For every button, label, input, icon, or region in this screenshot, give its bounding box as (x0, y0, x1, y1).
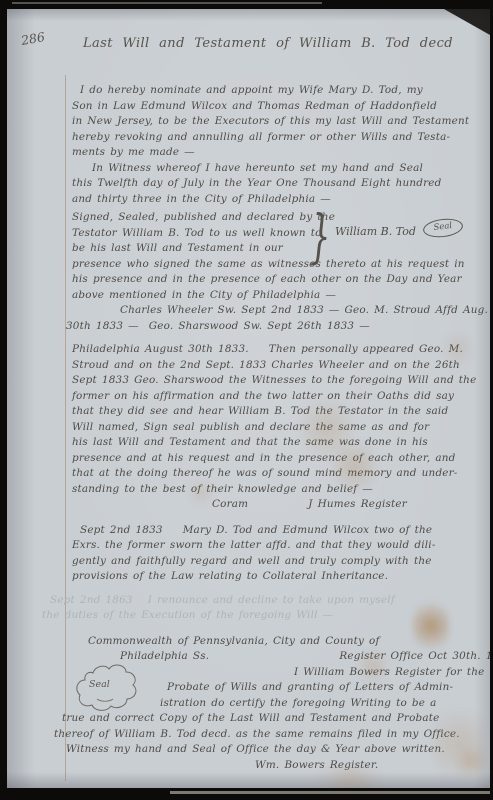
paragraph-witnesses: presence who signed the same as witnesse… (72, 257, 482, 335)
stain (332, 434, 377, 499)
handwritten-line: presence who signed the same as witnesse… (72, 257, 482, 273)
handwritten-line: in New Jersey, to be the Executors of th… (72, 114, 482, 130)
handwritten-line: be his last Will and Testament in our (72, 241, 482, 257)
handwritten-line: above mentioned in the City of Philadelp… (72, 288, 482, 304)
handwritten-line: istration do certify the foregoing Writi… (160, 696, 482, 712)
page-number: 286 (20, 29, 46, 48)
paragraph-appointment: I do hereby nominate and appoint my Wife… (72, 83, 482, 161)
handwritten-line: Charles Wheeler Sw. Sept 2nd 1833 — Geo.… (120, 303, 482, 319)
handwritten-line: ments by me made — (72, 145, 482, 161)
margin-rule (65, 75, 66, 781)
handwritten-line: his presence and in the presence of each… (72, 272, 482, 288)
paragraph-attestation-clause: Signed, Sealed, published and declared b… (72, 210, 482, 257)
stain (187, 477, 215, 509)
handwritten-line: former on his affirmation and the two la… (72, 389, 482, 405)
handwritten-line: Will named, Sign seal publish and declar… (72, 420, 482, 436)
attestation-brace: } (310, 207, 330, 265)
testator-signature: William B. Tod (335, 225, 416, 238)
handwritten-line: his last Will and Testament and that the… (72, 435, 482, 451)
handwritten-line: Witness my hand and Seal of Office the d… (66, 742, 482, 758)
handwritten-line: that at the doing thereof he was of soun… (72, 466, 482, 482)
document-title: Last Will and Testament of William B. To… (83, 36, 453, 51)
stain (357, 645, 389, 687)
handwritten-line: Signed, Sealed, published and declared b… (72, 210, 482, 226)
paragraph-probate-proof: Philadelphia August 30th 1833. Then pers… (72, 342, 482, 513)
scanned-document-photo: 286 Last Will and Testament of William B… (0, 0, 493, 800)
handwritten-line: Testator William B. Tod to us well known… (72, 226, 482, 242)
frame-top-streak (12, 2, 322, 4)
frame-bottom-stripe (170, 791, 490, 794)
handwritten-line: Exrs. the former sworn the latter affd. … (72, 538, 482, 554)
stain (412, 597, 450, 655)
ledger-page: 286 Last Will and Testament of William B… (7, 9, 490, 788)
handwritten-line: presence and at his request and in the p… (72, 451, 482, 467)
handwritten-line: gently and faithfully regard and well an… (72, 554, 482, 570)
handwritten-line: that they did see and hear William B. To… (72, 404, 482, 420)
paragraph-testimonium: In Witness whereof I have hereunto set m… (72, 161, 482, 208)
frame-bottom-band (0, 788, 493, 800)
handwritten-line: standing to the best of their knowledge … (72, 482, 482, 498)
seal-stamp-label: Seal (89, 679, 110, 690)
register-seal-stamp: Seal (75, 659, 139, 715)
handwritten-line: Sept 2nd 1833 Mary D. Tod and Edmund Wil… (80, 523, 482, 539)
stain (443, 327, 473, 371)
handwritten-line: hereby revoking and annulling all former… (72, 130, 482, 146)
stain (457, 742, 487, 782)
handwritten-line: 30th 1833 — Geo. Sharswood Sw. Sept 26th… (66, 319, 482, 335)
handwritten-line: this Twelfth day of July in the Year One… (72, 176, 482, 192)
handwritten-line: Coram J Humes Register (212, 497, 482, 513)
frame-left-band (0, 0, 7, 800)
handwritten-line: Philadelphia August 30th 1833. Then pers… (72, 342, 482, 358)
handwritten-line: In Witness whereof I have hereunto set m… (92, 161, 482, 177)
handwritten-line: Son in Law Edmund Wilcox and Thomas Redm… (72, 99, 482, 115)
page-corner-shadow (444, 9, 490, 35)
handwritten-line: Sept 1833 Geo. Sharswood the Witnesses t… (72, 373, 482, 389)
handwritten-line: Probate of Wills and granting of Letters… (167, 680, 482, 696)
handwritten-line: thereof of William B. Tod decd. as the s… (54, 727, 482, 743)
handwritten-line: I do hereby nominate and appoint my Wife… (80, 83, 482, 99)
handwritten-line: provisions of the Law relating to Collat… (72, 569, 482, 585)
handwritten-line: and thirty three in the City of Philadel… (72, 192, 482, 208)
handwritten-line: Stroud and on the 2nd Sept. 1833 Charles… (72, 358, 482, 374)
paragraph-executors-sworn: Sept 2nd 1833 Mary D. Tod and Edmund Wil… (72, 523, 482, 585)
